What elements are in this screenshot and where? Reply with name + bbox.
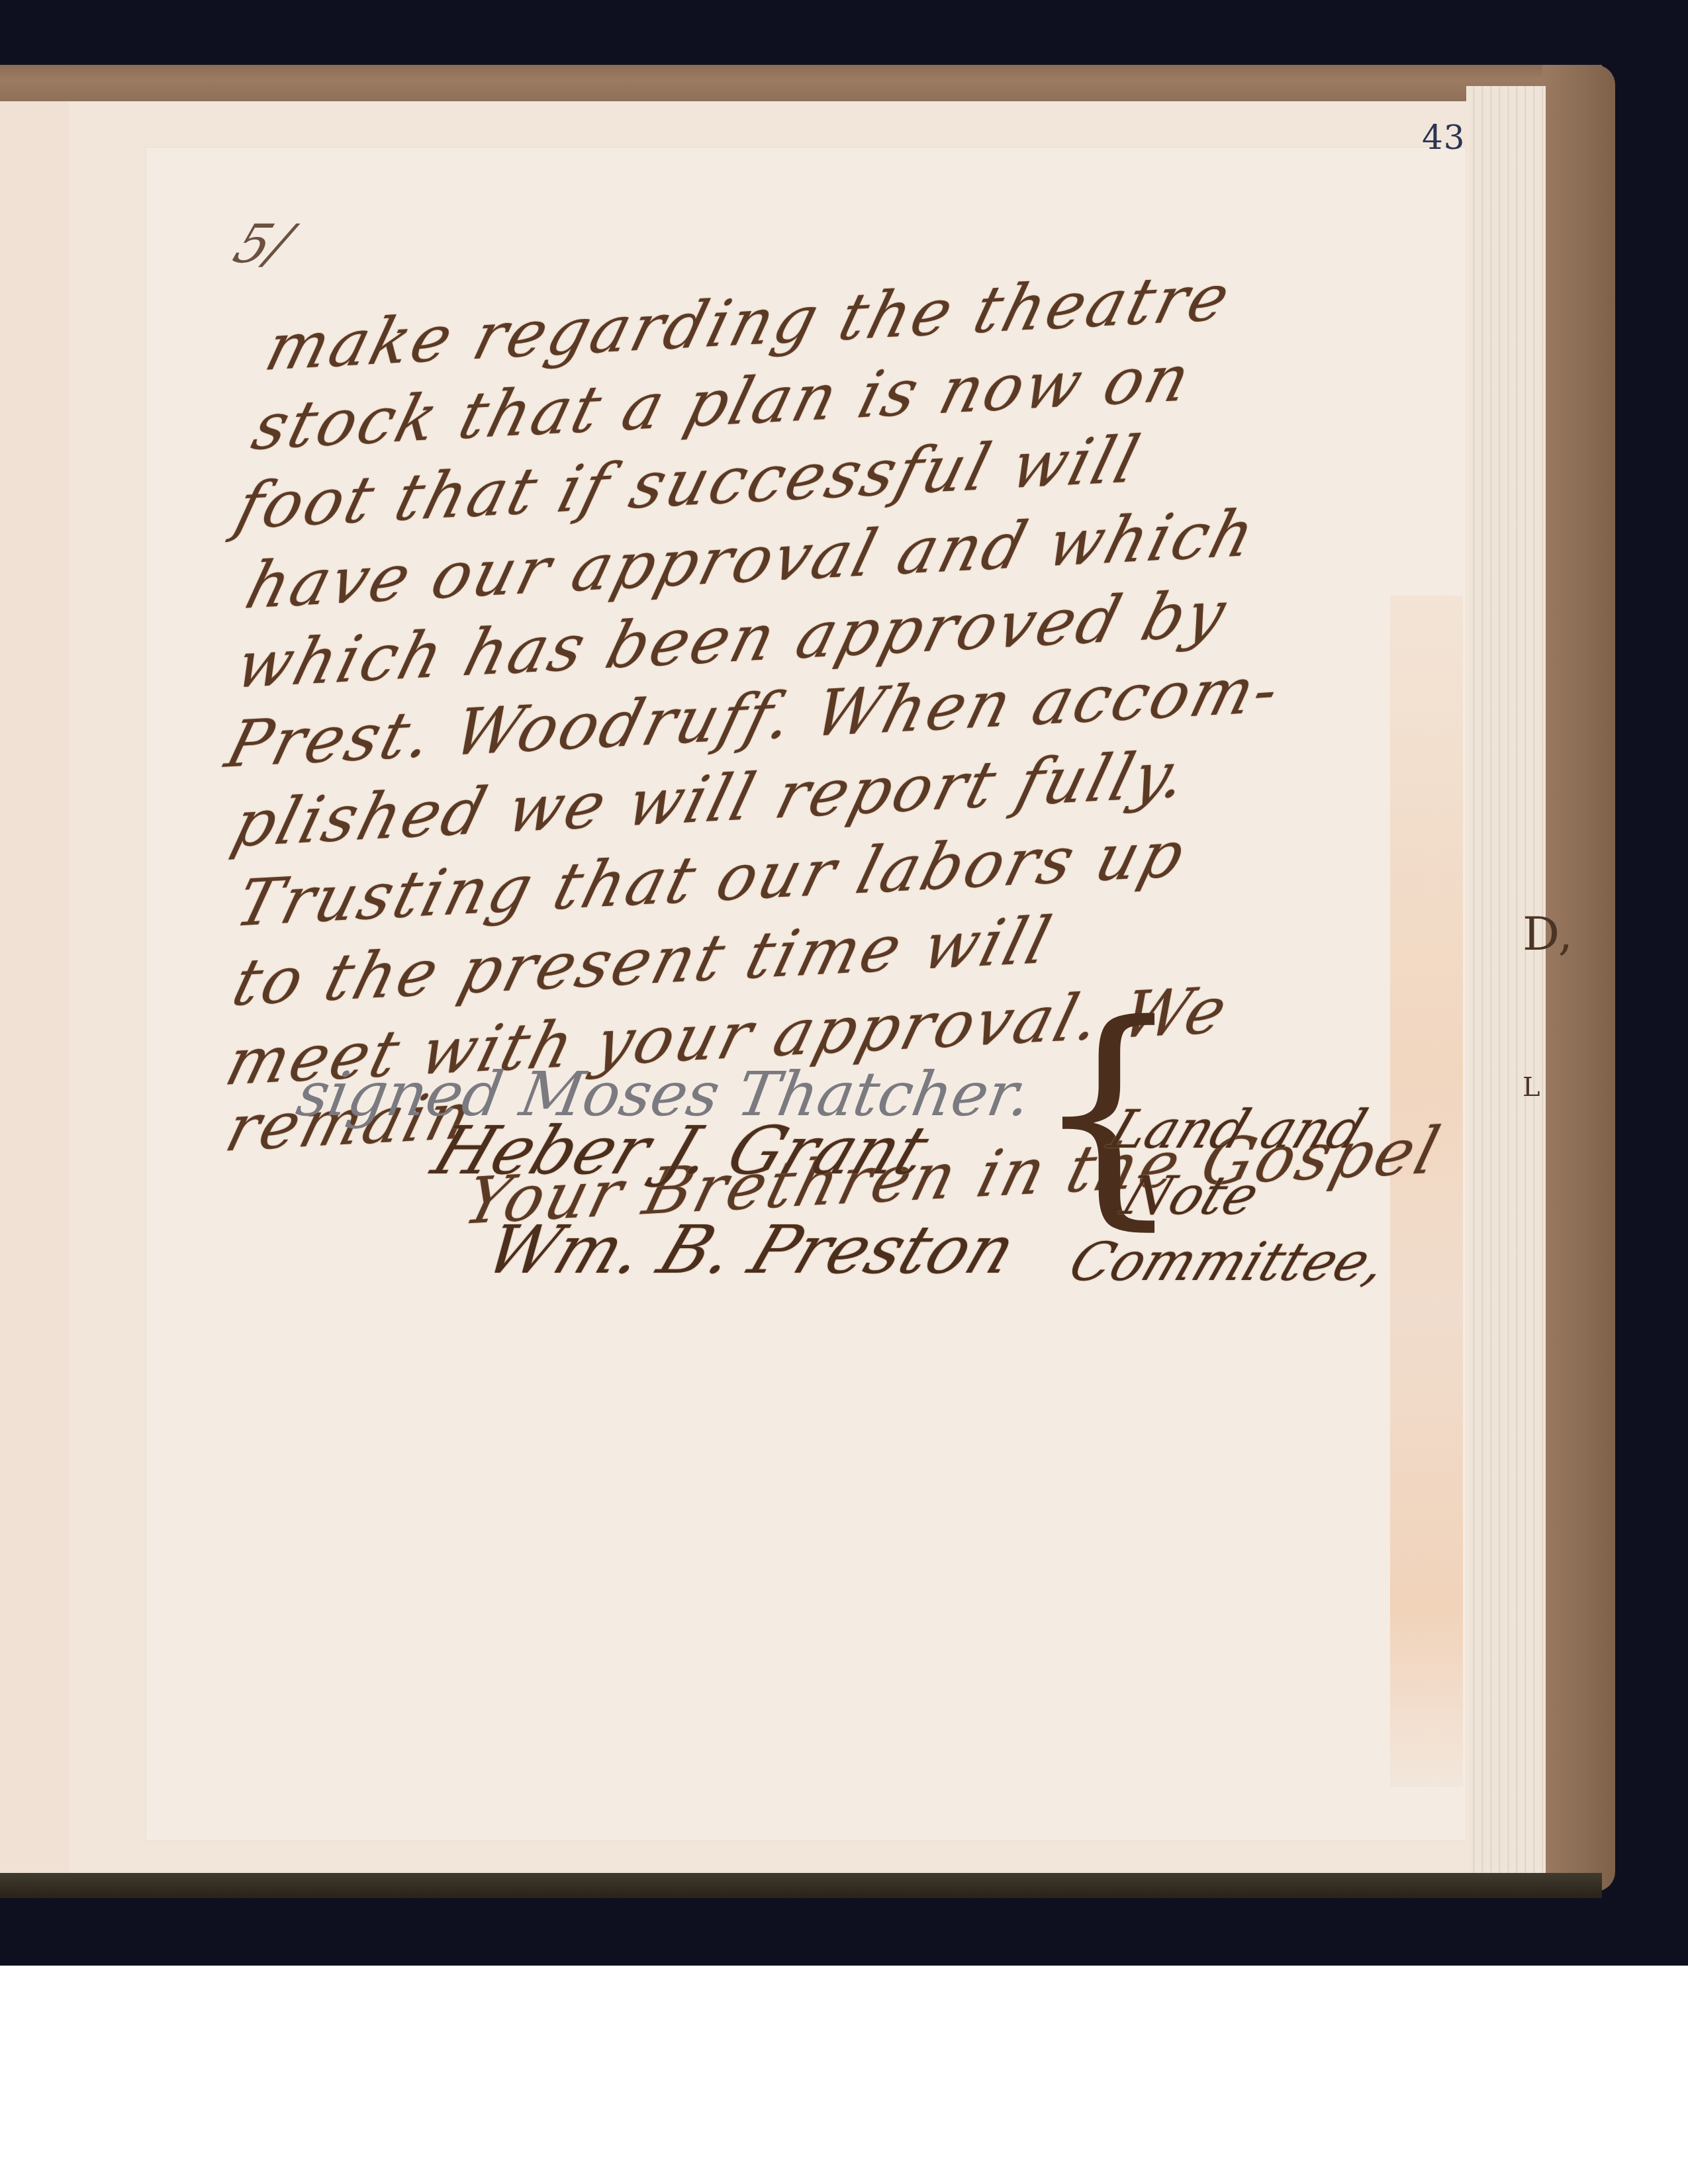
foxing-stain [1390, 596, 1463, 1787]
committee-label-1: Land and [1101, 1099, 1374, 1160]
margin-mark-2: L [1523, 1072, 1540, 1103]
left-page-gutter [0, 101, 71, 1873]
committee-label-2: Note [1114, 1165, 1268, 1226]
committee-label-3: Committee, [1061, 1231, 1395, 1293]
signature-grant: Heber J. Grant [423, 1112, 939, 1189]
book-binding-right [1542, 65, 1615, 1891]
page-number: 43 [1422, 118, 1468, 158]
book-binding-top [0, 65, 1602, 101]
blank-margin [0, 1969, 1688, 2184]
signature-preston: Wm. B. Preston [476, 1211, 1026, 1289]
book-binding-bottom [0, 1873, 1602, 1898]
page-edges [1466, 86, 1546, 1873]
margin-mark-1: D, [1523, 907, 1573, 961]
